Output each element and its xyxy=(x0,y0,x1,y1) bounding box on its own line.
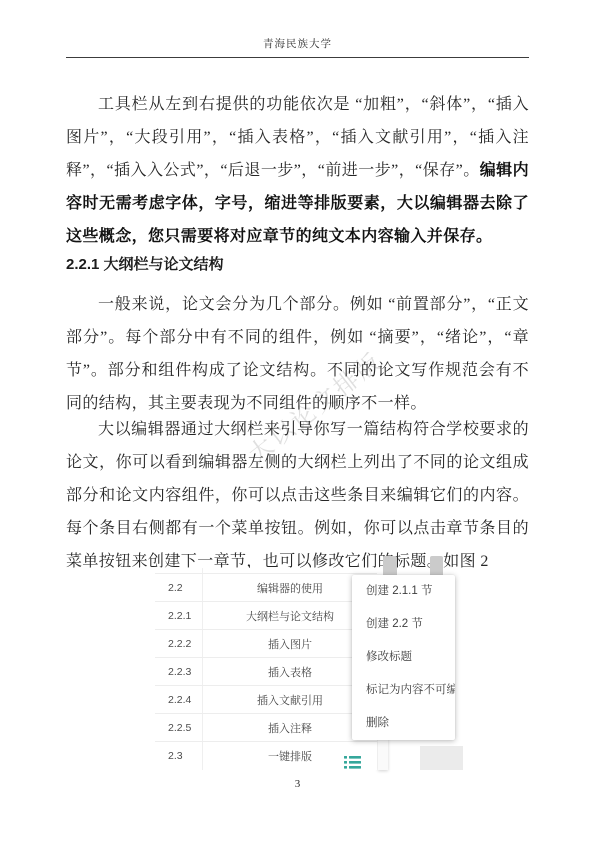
outline-row: 2.2.1 大纲栏与论文结构 xyxy=(155,602,377,630)
outline-row-number: 2.2.1 xyxy=(155,602,203,629)
outline-row-title: 编辑器的使用 xyxy=(203,580,377,596)
paragraph-toolbar-functions: 工具栏从左到右提供的功能依次是 “加粗”，“斜体”，“插入图片”，“大段引用”，… xyxy=(66,88,529,253)
menu-item-create-section: 创建 2.2 节 xyxy=(352,608,455,641)
header-rule xyxy=(66,57,529,58)
paragraph-thesis-structure: 一般来说，论文会分为几个部分。例如 “前置部分”，“正文部分”。每个部分中有不同… xyxy=(66,288,529,420)
menu-item-create-subsection: 创建 2.1.1 节 xyxy=(352,575,455,608)
outline-table: 2.2 编辑器的使用 2.2.1 大纲栏与论文结构 2.2.2 插入图片 2.2… xyxy=(155,568,377,770)
document-page: 青海民族大学 大以论文排版 工具栏从左到右提供的功能依次是 “加粗”，“斜体”，… xyxy=(0,0,595,842)
outline-row: 2.2 编辑器的使用 xyxy=(155,574,377,602)
ui-fragment xyxy=(420,746,463,770)
numbered-list-icon xyxy=(344,756,361,769)
outline-row-number xyxy=(155,568,203,573)
outline-row: 2.2.3 插入表格 xyxy=(155,658,377,686)
outline-row-title: 大纲栏与论文结构 xyxy=(203,608,377,624)
context-menu: 创建 2.1.1 节 创建 2.2 节 修改标题 标记为内容不可编辑 删除 xyxy=(352,575,455,740)
paragraph-normal-text: 工具栏从左到右提供的功能依次是 “加粗”，“斜体”，“插入图片”，“大段引用”，… xyxy=(66,96,529,179)
outline-row-number: 2.2 xyxy=(155,574,203,601)
outline-row-number: 2.2.2 xyxy=(155,630,203,657)
ui-fragment xyxy=(378,738,388,770)
menu-item-rename: 修改标题 xyxy=(352,641,455,674)
outline-row-title: 插入表格 xyxy=(203,664,377,680)
paragraph-outline-guide: 大以编辑器通过大纲栏来引导你写一篇结构符合学校要求的论文，你可以看到编辑器左侧的… xyxy=(66,413,529,578)
outline-row-number: 2.2.4 xyxy=(155,686,203,713)
outline-row-title: 插入注释 xyxy=(203,720,377,736)
outline-row: 2.2.4 插入文献引用 xyxy=(155,686,377,714)
figure-outline-screenshot: 2.2 编辑器的使用 2.2.1 大纲栏与论文结构 2.2.2 插入图片 2.2… xyxy=(152,568,468,770)
outline-row: 2.2.2 插入图片 xyxy=(155,630,377,658)
outline-row-number: 2.2.5 xyxy=(155,714,203,741)
outline-row-number: 2.2.3 xyxy=(155,658,203,685)
outline-row: 2.2.5 插入注释 xyxy=(155,714,377,742)
outline-row-title: 插入图片 xyxy=(203,636,377,652)
menu-item-delete: 删除 xyxy=(352,707,455,740)
page-number: 3 xyxy=(0,778,595,790)
menu-item-mark-readonly: 标记为内容不可编辑 xyxy=(352,674,455,707)
section-heading: 2.2.1 大纲栏与论文结构 xyxy=(66,252,529,278)
outline-row-title: 插入文献引用 xyxy=(203,692,377,708)
outline-row-number: 2.3 xyxy=(155,742,203,770)
page-header-title: 青海民族大学 xyxy=(0,36,595,51)
